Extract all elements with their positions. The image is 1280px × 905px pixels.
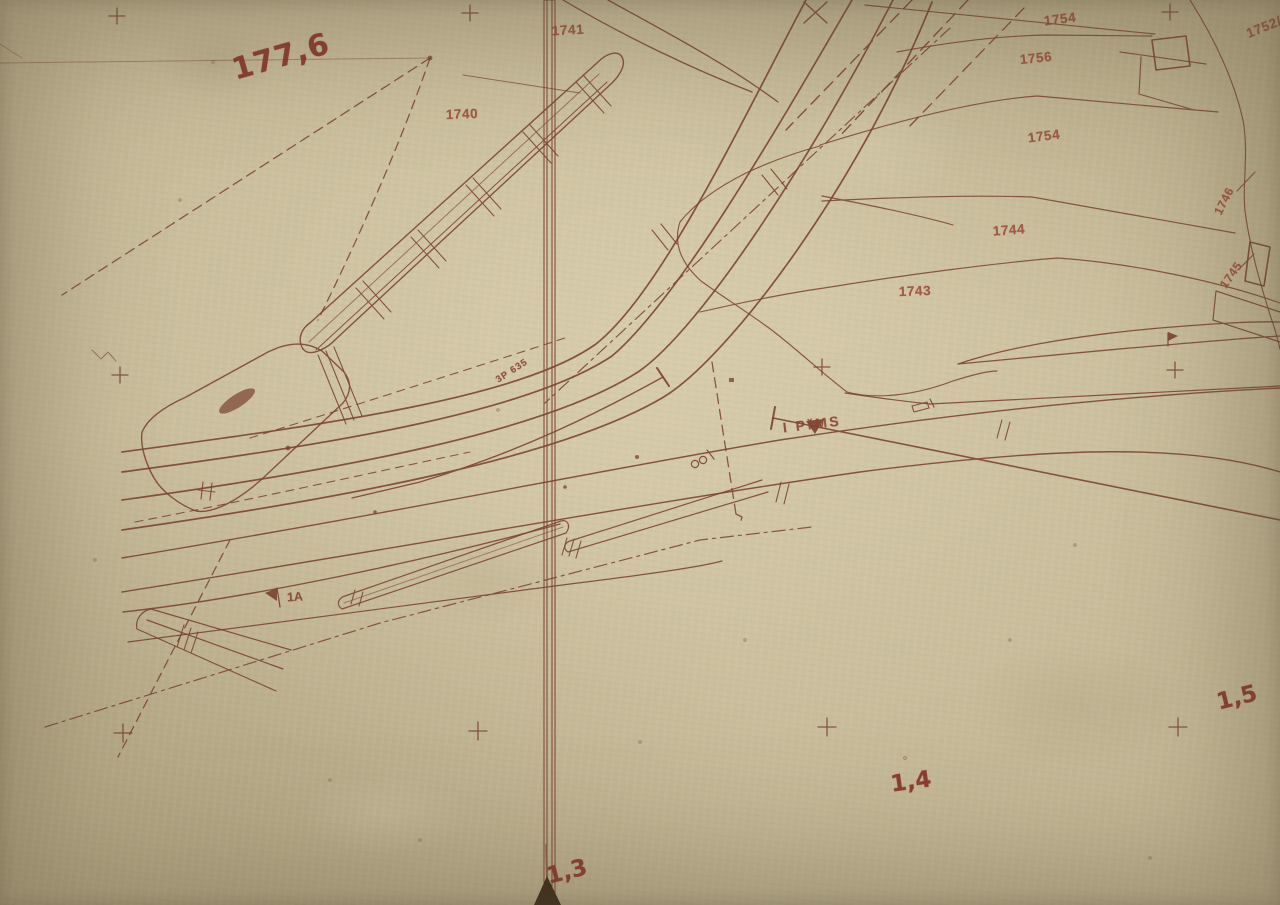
- parcel-label-1744: 1744: [992, 221, 1025, 238]
- building-outline: [1152, 36, 1190, 70]
- track-crossing-icon: [804, 2, 827, 23]
- paper-specks: [94, 61, 1151, 860]
- building-outline: [1245, 242, 1270, 286]
- buffer-stop-icon: [657, 368, 669, 386]
- platform-end-blob: [216, 384, 258, 418]
- left-yard-outline: [142, 344, 350, 511]
- page-fold-line: [544, 0, 555, 905]
- signal-symbol-icon: [691, 460, 698, 467]
- siding-track-line: [773, 418, 1280, 520]
- plan-linework: [0, 0, 1280, 905]
- parcel-label-1743: 1743: [899, 283, 932, 299]
- railway-track-lines: [122, 0, 1280, 642]
- dashed-boundary-lines: [45, 28, 950, 757]
- parcel-label-1741: 1741: [551, 22, 584, 39]
- stub-track-line: [352, 377, 663, 498]
- survey-cross-icons: [109, 4, 1187, 742]
- switch-number-label: 1A: [287, 590, 304, 605]
- map-sheet: 177,6 1,3 1,4 1,5 1741 1740 1754 1756 17…: [0, 0, 1280, 905]
- right-platform-lens: [958, 322, 1280, 364]
- stream-boundary: [678, 222, 997, 396]
- parcel-label-1740: 1740: [446, 106, 479, 122]
- embankment-hatch-ticks: [356, 75, 611, 319]
- siding-band: [137, 609, 291, 691]
- switch-flag-icon: [277, 588, 280, 607]
- leader-line-1746: [1237, 172, 1255, 191]
- squiggle-mark: [92, 350, 116, 361]
- platform-embankment-shapes: [137, 53, 1280, 691]
